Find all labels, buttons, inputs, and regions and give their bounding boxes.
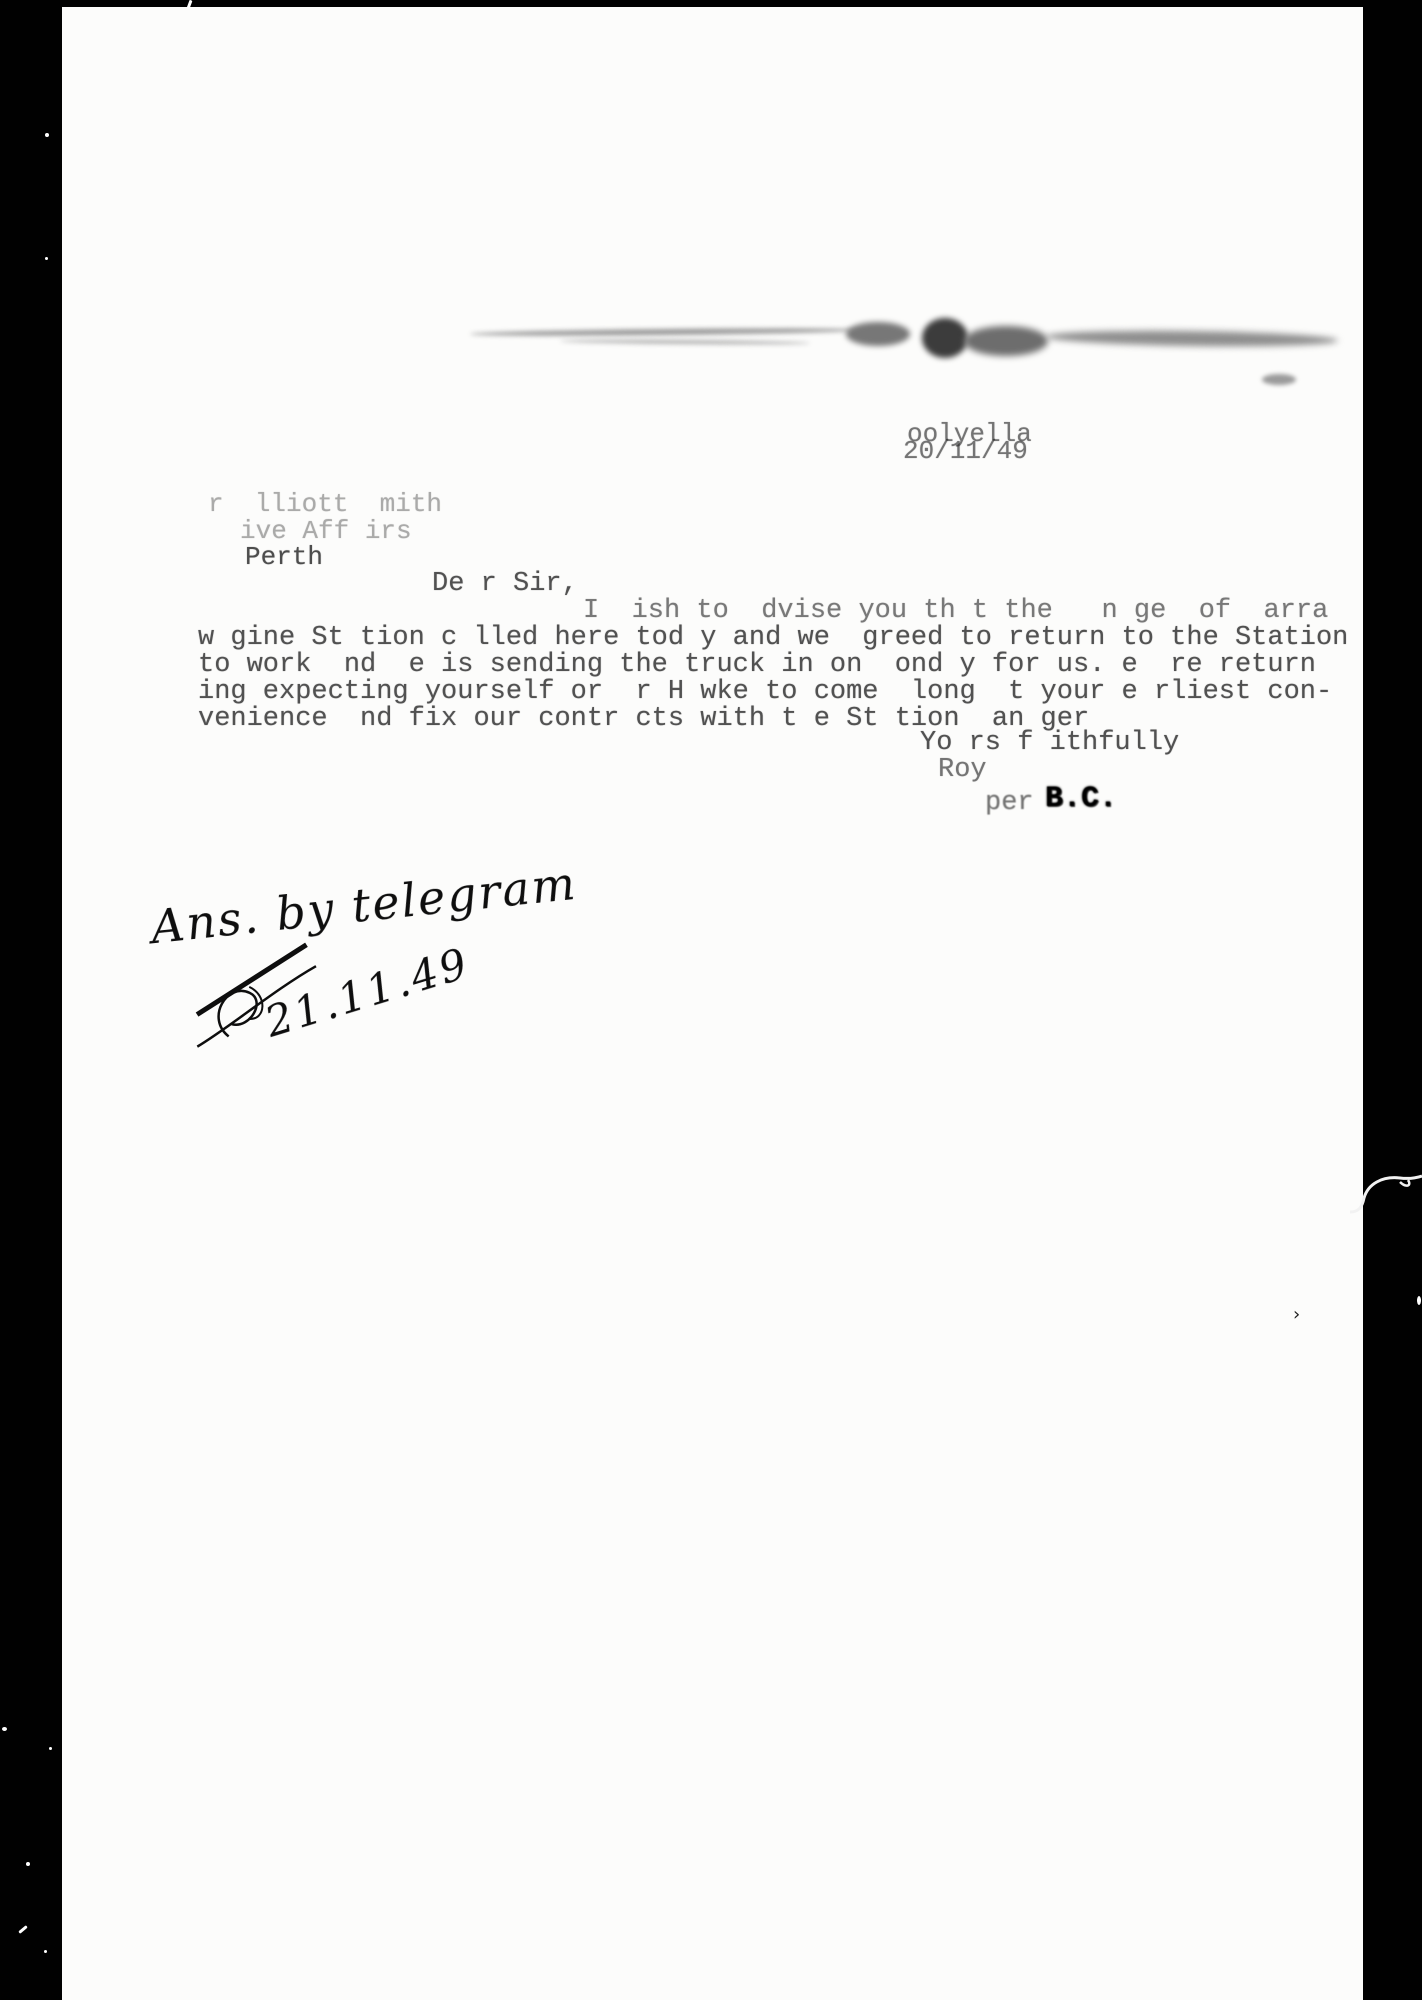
dateline-date: 20/11/49	[903, 438, 1028, 464]
dust-speck-6	[26, 1862, 30, 1866]
closing-roy: Roy	[938, 757, 987, 784]
dust-speck-3	[1417, 1296, 1421, 1305]
body-line-4: ing expecting yourself or r H wke to com…	[198, 679, 1332, 706]
dust-speck-5	[49, 1747, 52, 1750]
recipient-line-3: Perth	[245, 544, 323, 570]
dust-speck-8	[44, 1950, 47, 1953]
closing-initials: B.C.	[1045, 786, 1117, 813]
recipient-line-2: ive Aff irs	[240, 518, 412, 544]
stray-ink-mark: ›	[1293, 1304, 1300, 1325]
closing-yours-faithfully: Yo rs f ithfully	[920, 730, 1179, 757]
salutation: De r Sir,	[432, 571, 578, 598]
page-curl-mark	[1348, 1168, 1422, 1220]
recipient-line-1: r lliott mith	[208, 491, 442, 517]
scanned-page: oolyella 20/11/49 r lliott mith ive Aff …	[0, 0, 1422, 2000]
dust-speck-1	[45, 133, 49, 137]
dust-speck-4	[2, 1727, 7, 1731]
body-line-2: w gine St tion c lled here tod y and we …	[198, 625, 1348, 652]
body-line-1: I ish to dvise you th t the n ge of arra	[583, 598, 1328, 625]
body-line-3: to work nd e is sending the truck in on …	[198, 652, 1316, 679]
closing-per: per	[985, 790, 1034, 817]
dust-speck-2	[45, 257, 48, 260]
dust-speck-7	[18, 1925, 28, 1934]
